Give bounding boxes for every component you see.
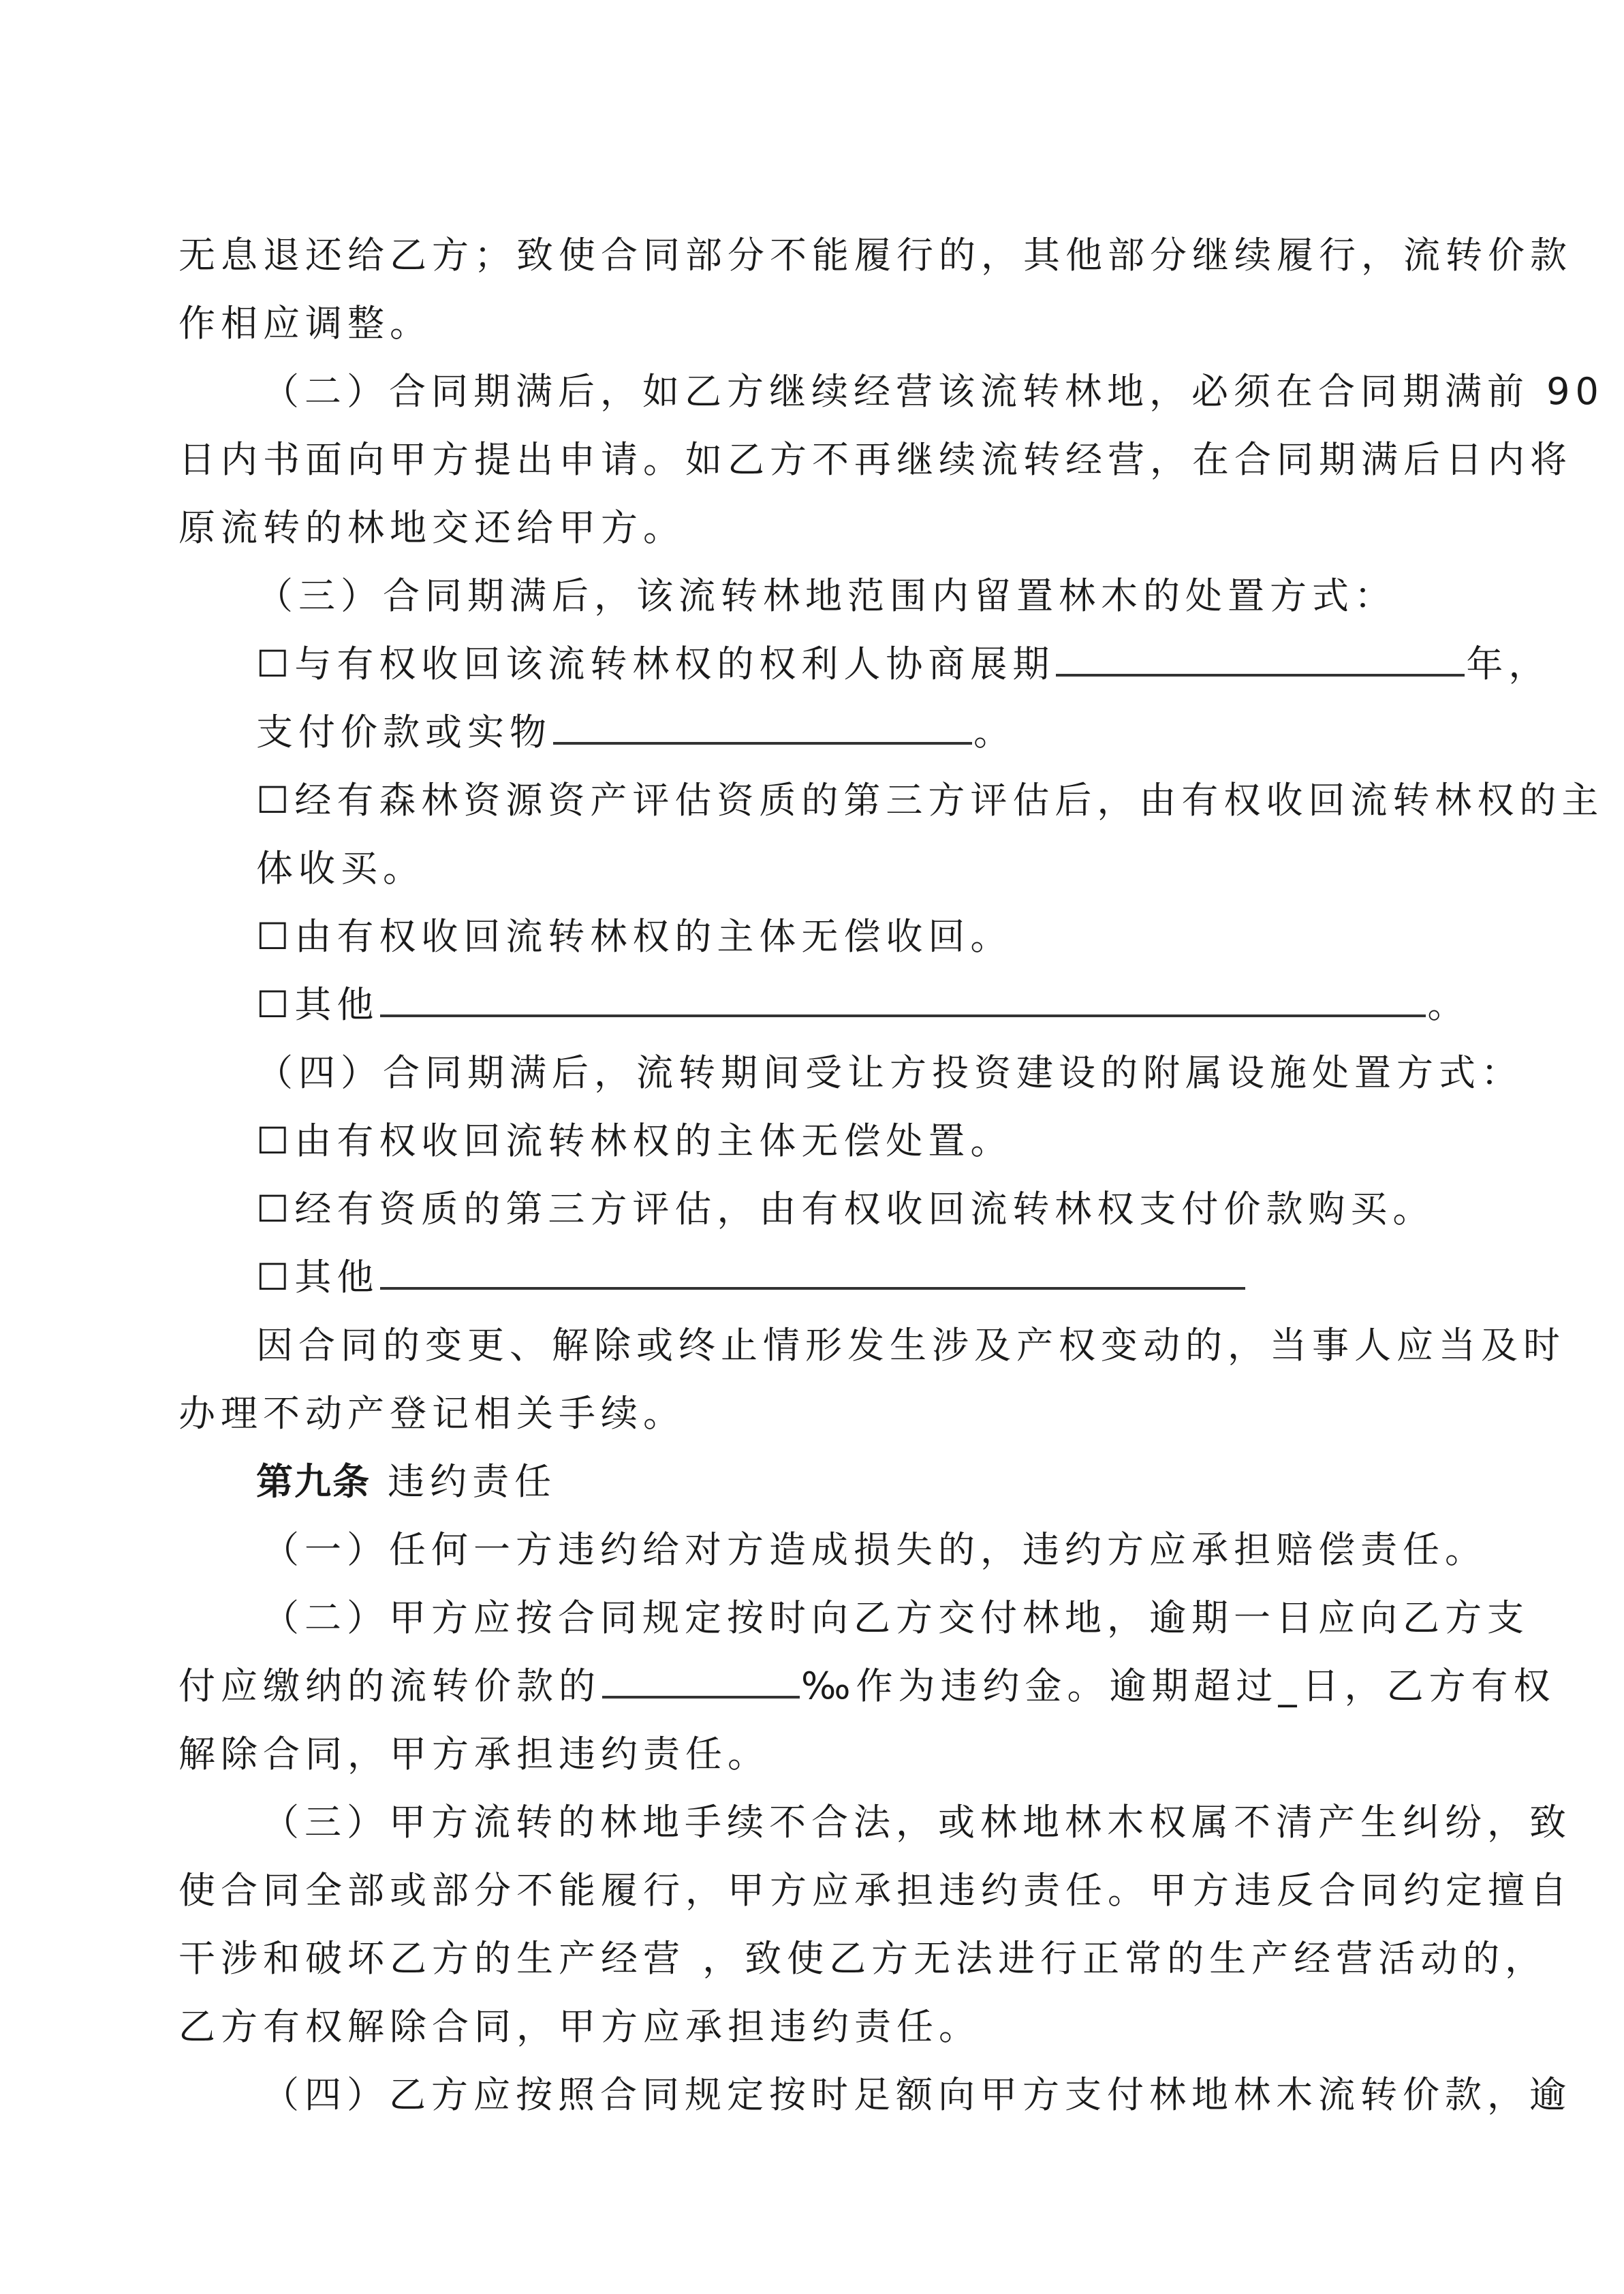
other-label: ☐其他	[256, 1256, 379, 1299]
document-page: 无息退还给乙方；致使合同部分不能履行的，其他部分继续履行，流转价款 作相应调整。…	[0, 0, 1624, 2294]
liability-2-line: （二）甲方应按合同规定按时向乙方交付林地，逾期一日应向乙方支	[262, 1584, 1529, 1652]
blank-other-trees-field[interactable]	[380, 976, 1426, 1017]
period: 。	[973, 711, 1016, 754]
payment-line: 支付价款或实物。	[256, 698, 1016, 766]
blank-payment-field[interactable]	[553, 704, 972, 745]
paragraph-line: 乙方有权解除合同，甲方应承担违约责任。	[178, 1993, 981, 2061]
paragraph-line: 日内书面向甲方提出申请。如乙方不再继续流转经营，在合同期满后日内将	[178, 426, 1572, 494]
paragraph-line: 因合同的变更、解除或终止情形发生涉及产权变动的，当事人应当及时	[256, 1312, 1565, 1380]
paragraph-line: 作相应调整。	[178, 290, 432, 358]
paragraph-line: 办理不动产登记相关手续。	[178, 1380, 685, 1448]
option-free-reclaim: ☐由有权收回流转林权的主体无偿收回。	[256, 903, 1012, 971]
liability-4-line: （四）乙方应按照合同规定按时足额向甲方支付林地林木流转价款，逾	[262, 2061, 1572, 2129]
period: 。	[1427, 983, 1469, 1026]
clause-2-line: （二）合同期满后，如乙方继续经营该流转林地，必须在合同期满前 90	[262, 358, 1604, 426]
paragraph-line: 体收买。	[256, 835, 425, 903]
paragraph-line: 解除合同，甲方承担违约责任。	[178, 1720, 770, 1788]
penalty-suffix: ‰作为违约金。逾期超过_日，乙方有权	[801, 1664, 1555, 1707]
years-suffix: 年，	[1466, 642, 1550, 685]
clause-3-line: （三）合同期满后，该流转林地范围内留置林木的处置方式：	[256, 562, 1396, 630]
blank-penalty-rate-field[interactable]	[602, 1658, 800, 1699]
article-9-heading: 第九条 违约责任	[256, 1448, 557, 1516]
article-title: 违约责任	[371, 1460, 557, 1503]
liability-3-line: （三）甲方流转的林地手续不合法，或林地林木权属不清产生纠纷，致	[262, 1788, 1572, 1857]
penalty-label: 付应缴纳的流转价款的	[178, 1664, 601, 1707]
payment-label: 支付价款或实物	[256, 711, 552, 754]
other-label: ☐其他	[256, 983, 379, 1026]
article-number: 第九条	[256, 1460, 371, 1503]
penalty-line: 付应缴纳的流转价款的‰作为违约金。逾期超过_日，乙方有权	[178, 1652, 1555, 1720]
option-other-facilities: ☐其他	[256, 1243, 1247, 1312]
option-appraisal-purchase: ☐经有资质的第三方评估，由有权收回流转林权支付价款购买。	[256, 1175, 1435, 1243]
paragraph-line: 使合同全部或部分不能履行，甲方应承担违约责任。甲方违反合同约定擅自	[178, 1857, 1572, 1925]
paragraph-line: 原流转的林地交还给甲方。	[178, 494, 685, 562]
blank-years-field[interactable]	[1056, 636, 1465, 677]
clause-4-line: （四）合同期满后，流转期间受让方投资建设的附属设施处置方式：	[256, 1039, 1523, 1107]
checkbox-option-label: ☐与有权收回该流转林权的权利人协商展期	[256, 642, 1055, 685]
option-free-dispose: ☐由有权收回流转林权的主体无偿处置。	[256, 1107, 1012, 1175]
option-other-trees: ☐其他。	[256, 971, 1469, 1039]
option-appraisal-buy: ☐经有森林资源资产评估资质的第三方评估后，由有权收回流转林权的主	[256, 766, 1604, 835]
liability-1-line: （一）任何一方违约给对方造成损失的，违约方应承担赔偿责任。	[262, 1516, 1487, 1584]
paragraph-line: 干涉和破坏乙方的生产经营 ，致使乙方无法进行正常的生产经营活动的，	[178, 1925, 1547, 1993]
blank-other-facilities-field[interactable]	[380, 1249, 1245, 1290]
paragraph-line: 无息退还给乙方；致使合同部分不能履行的，其他部分继续履行，流转价款	[178, 221, 1572, 290]
option-extend-term: ☐与有权收回该流转林权的权利人协商展期年，	[256, 630, 1550, 698]
